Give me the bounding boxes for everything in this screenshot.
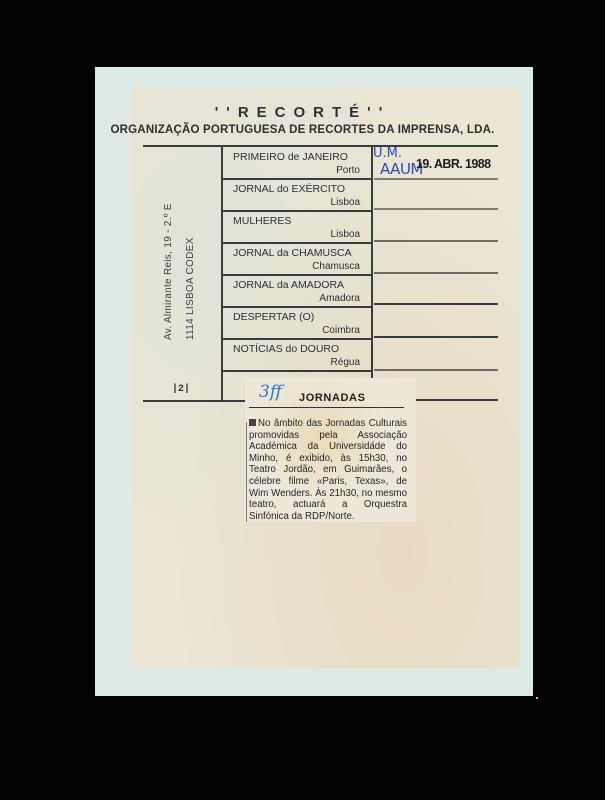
company-subtitle: ORGANIZAÇÃO PORTUGUESA DE RECORTES DA IM…	[0, 124, 605, 136]
clipping-column-edge	[246, 422, 247, 522]
clipping-headline: JORNADAS	[299, 392, 366, 404]
publication-name: MULHERES	[233, 215, 291, 227]
date-column-line	[374, 240, 498, 242]
page-number: |2|	[172, 384, 190, 395]
publication-row: PRIMEIRO de JANEIRO Porto	[224, 147, 370, 179]
publication-name: NOTÍCIAS do DOURO	[233, 343, 339, 355]
company-address: Av. Almirante Reis, 19 - 2.º E 1114 LISB…	[163, 190, 203, 340]
date-column-line	[374, 272, 498, 274]
address-city: 1114 LISBOA CODEX	[185, 190, 196, 340]
middle-column-divider	[371, 146, 373, 380]
date-column-line	[374, 303, 498, 305]
publication-city: Chamusca	[312, 261, 360, 272]
clipping-body: No âmbito das Jornadas Culturais promovi…	[249, 418, 407, 522]
date-column-line	[374, 336, 498, 338]
clipping-handwritten-number: 3ff	[259, 382, 282, 402]
publication-city: Amadora	[319, 293, 360, 304]
handwritten-annotation: U.M.	[373, 146, 402, 161]
address-street: Av. Almirante Reis, 19 - 2.º E	[163, 190, 174, 340]
publication-city: Régua	[331, 357, 360, 368]
clipping-text: No âmbito das Jornadas Culturais promovi…	[249, 418, 407, 522]
publication-row: JORNAL da CHAMUSCA Chamusca	[224, 243, 370, 275]
speck	[372, 441, 374, 443]
publication-name: DESPERTAR (O)	[233, 311, 314, 323]
publication-name: JORNAL da CHAMUSCA	[233, 247, 352, 259]
date-column-line	[374, 369, 498, 371]
publication-name: PRIMEIRO de JANEIRO	[233, 151, 348, 163]
clipping-rule	[249, 407, 404, 408]
publication-name: JORNAL da AMADORA	[233, 279, 344, 291]
publication-city: Lisboa	[331, 197, 360, 208]
footer-rule	[416, 399, 498, 401]
date-column-line	[374, 208, 498, 210]
date-column-line	[374, 178, 498, 180]
publication-row: NOTÍCIAS do DOURO Régua	[224, 339, 370, 371]
publication-city: Coimbra	[322, 325, 360, 336]
publication-name: JORNAL do EXÉRCITO	[233, 183, 345, 195]
publication-row: JORNAL do EXÉRCITO Lisboa	[224, 179, 370, 211]
publication-row: JORNAL da AMADORA Amadora	[224, 275, 370, 307]
newspaper-clipping: 3ff JORNADAS No âmbito das Jornadas Cult…	[245, 378, 416, 522]
speck	[536, 697, 538, 699]
publication-row: MULHERES Lisboa	[224, 211, 370, 243]
footer-rule	[143, 400, 245, 402]
publication-city: Lisboa	[331, 229, 360, 240]
left-column-divider	[221, 146, 223, 400]
publication-row: DESPERTAR (O) Coimbra	[224, 307, 370, 339]
publication-city: Porto	[336, 165, 360, 176]
company-title: ''RECORTÉ''	[0, 104, 605, 121]
date-stamp: 19. ABR. 1988	[416, 157, 490, 171]
square-bullet-icon	[249, 419, 256, 426]
